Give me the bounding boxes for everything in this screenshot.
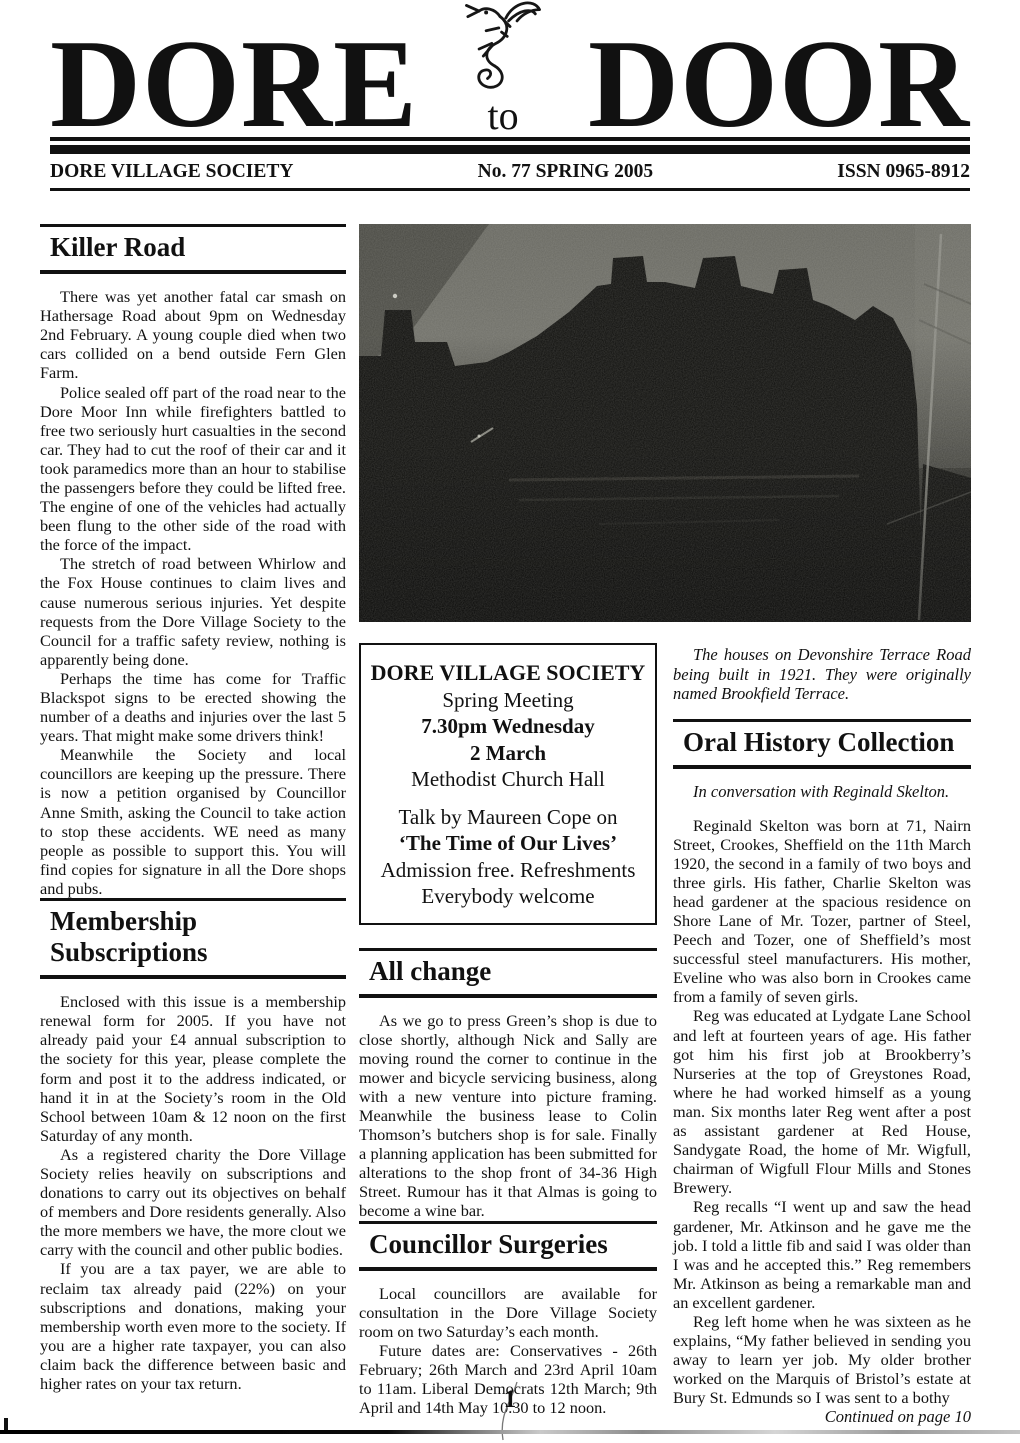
meeting-line: ‘The Time of Our Lives’ <box>365 830 651 857</box>
lower-columns: DORE VILLAGE SOCIETY Spring Meeting 7.30… <box>359 643 971 1427</box>
membership-paragraph: Enclosed with this issue is a membership… <box>40 992 346 1145</box>
councillor-surgeries-paragraph: Local councillors are available for cons… <box>359 1284 657 1341</box>
membership-heading: Membership Subscriptions <box>40 898 346 979</box>
meeting-line: Spring Meeting <box>365 687 651 714</box>
right-column: The houses on Devonshire Terrace Road be… <box>673 643 971 1427</box>
oral-history-heading: Oral History Collection <box>673 719 971 769</box>
meeting-line: 2 March <box>365 740 651 767</box>
oral-history-intro: In conversation with Reginald Skelton. <box>673 782 971 802</box>
newsletter-page: DORE <box>0 0 1020 1443</box>
killer-road-paragraph: There was yet another fatal car smash on… <box>40 287 346 382</box>
masthead: DORE <box>0 0 1020 191</box>
meeting-line: Talk by Maureen Cope on <box>365 804 651 831</box>
meeting-line: DORE VILLAGE SOCIETY <box>365 660 651 687</box>
photo-caption: The houses on Devonshire Terrace Road be… <box>673 645 971 704</box>
meeting-line: Methodist Church Hall <box>365 766 651 793</box>
photo-and-columns: DORE VILLAGE SOCIETY Spring Meeting 7.30… <box>359 224 971 1427</box>
spring-meeting-notice: DORE VILLAGE SOCIETY Spring Meeting 7.30… <box>359 643 657 925</box>
construction-photo <box>359 224 971 622</box>
killer-road-paragraph: Meanwhile the Society and local councill… <box>40 745 346 898</box>
masthead-info-row: DORE VILLAGE SOCIETY No. 77 SPRING 2005 … <box>50 154 970 188</box>
masthead-title-row: DORE <box>50 14 970 134</box>
membership-paragraph: If you are a tax payer, we are able to r… <box>40 1259 346 1393</box>
page-number-block: 1 <box>489 1386 531 1414</box>
page-footer: 1 <box>0 1386 1020 1414</box>
page-number: 1 <box>504 1386 517 1413</box>
oral-history-paragraph: Reginald Skelton was born at 71, Nairn S… <box>673 816 971 1007</box>
issn: ISSN 0965-8912 <box>837 161 970 183</box>
councillor-surgeries-heading: Councillor Surgeries <box>359 1221 657 1271</box>
meeting-line: 7.30pm Wednesday <box>365 713 651 740</box>
page-body: Killer Road There was yet another fatal … <box>0 191 1020 1427</box>
all-change-heading: All change <box>359 948 657 998</box>
issue-number: No. 77 SPRING 2005 <box>478 161 654 183</box>
masthead-title-right: DOOR <box>588 36 970 134</box>
society-name: DORE VILLAGE SOCIETY <box>50 161 293 183</box>
meeting-line: Admission free. Refreshments <box>365 857 651 884</box>
killer-road-paragraph: The stretch of road between Whirlow and … <box>40 554 346 669</box>
left-column: Killer Road There was yet another fatal … <box>40 224 346 1427</box>
oral-history-paragraph: Reg was educated at Lydgate Lane School … <box>673 1006 971 1197</box>
oral-history-paragraph: Reg recalls “I went up and saw the head … <box>673 1197 971 1312</box>
dragon-icon <box>458 0 548 106</box>
killer-road-paragraph: Police sealed off part of the road near … <box>40 383 346 555</box>
killer-road-paragraph: Perhaps the time has come for Traffic Bl… <box>40 669 346 745</box>
killer-road-heading: Killer Road <box>40 224 346 274</box>
masthead-center: to <box>458 0 548 134</box>
masthead-connector: to <box>487 98 518 134</box>
all-change-paragraph: As we go to press Green’s shop is due to… <box>359 1011 657 1221</box>
middle-column: DORE VILLAGE SOCIETY Spring Meeting 7.30… <box>359 643 657 1427</box>
membership-paragraph: As a registered charity the Dore Village… <box>40 1145 346 1260</box>
meeting-line: Everybody welcome <box>365 883 651 910</box>
bottom-rule <box>0 1430 1020 1434</box>
masthead-title-left: DORE <box>50 36 418 134</box>
